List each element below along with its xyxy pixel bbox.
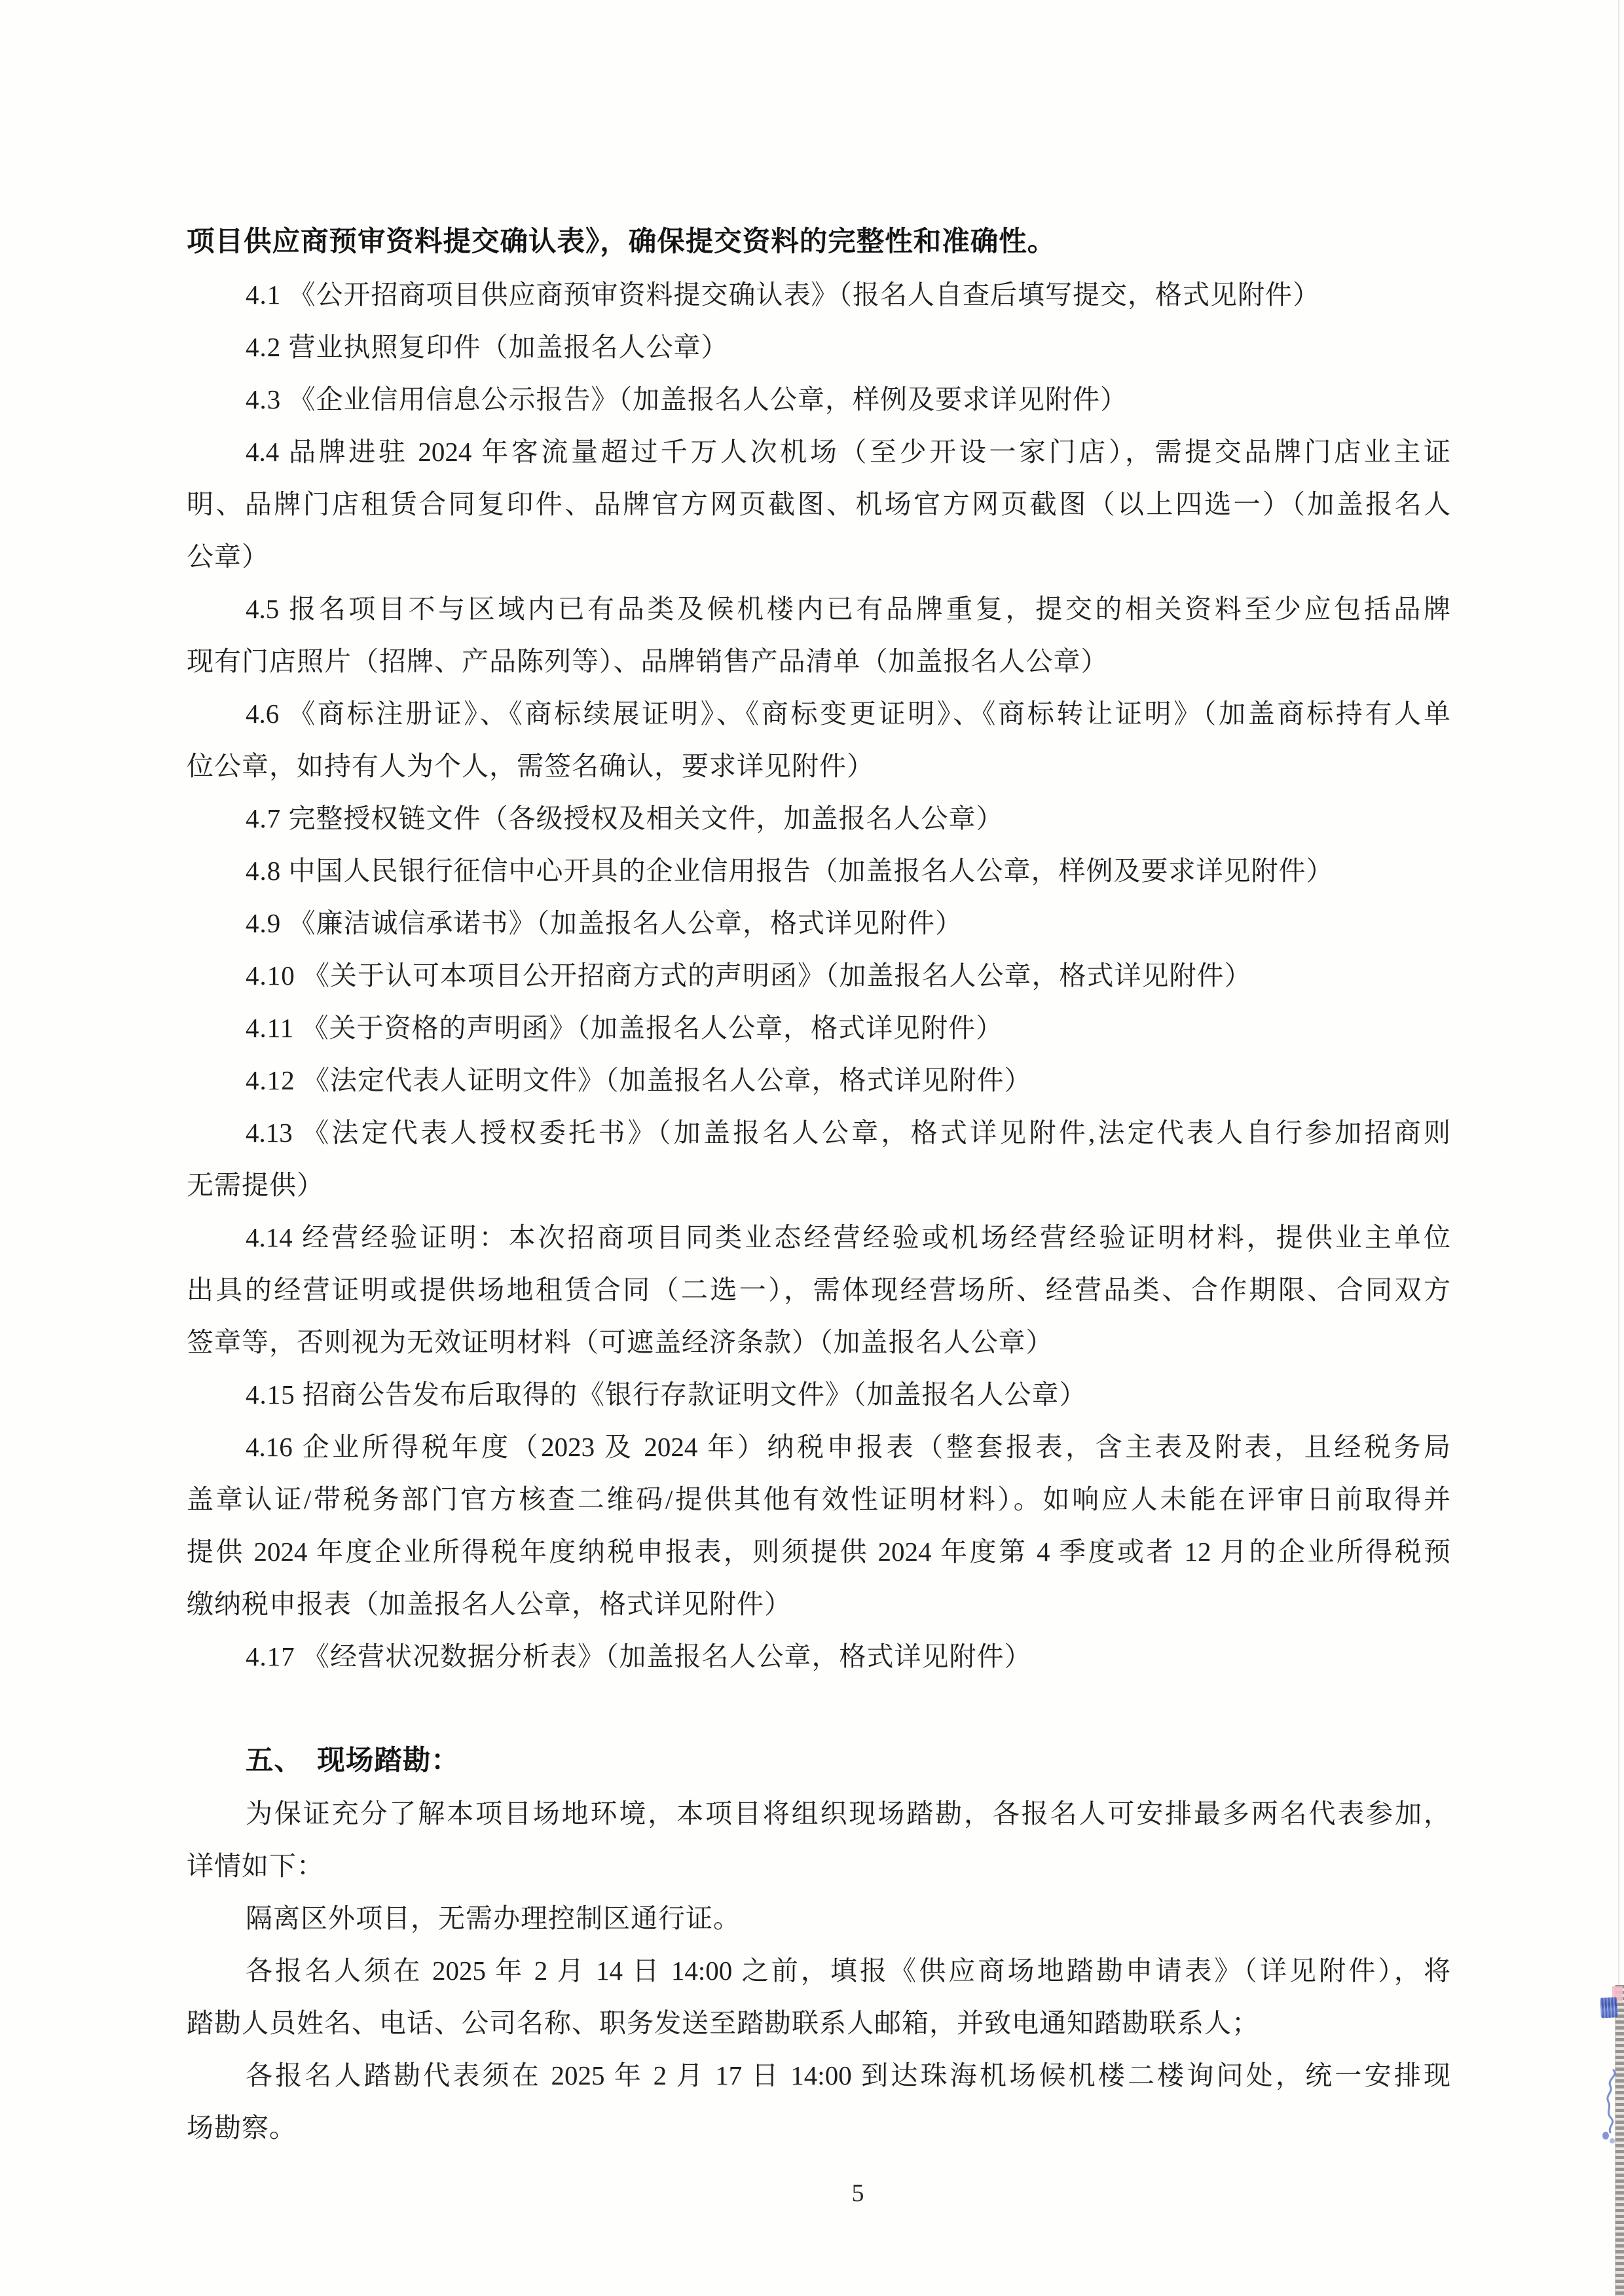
doc-line: 场勘察。: [187, 2102, 1450, 2154]
doc-line-4-14: 4.14 经营经验证明：本次招商项目同类业态经营经验或机场经营经验证明材料，提供…: [187, 1211, 1450, 1264]
doc-line: 隔离区外项目，无需办理控制区通行证。: [187, 1892, 1450, 1944]
page-number: 5: [187, 2167, 1529, 2219]
doc-line: 明、品牌门店租赁合同复印件、品牌官方网页截图、机场官方网页截图（以上四选一）（加…: [187, 478, 1450, 530]
doc-line: 出具的经营证明或提供场地租赁合同（二选一），需体现经营场所、经营品类、合作期限、…: [187, 1264, 1450, 1316]
doc-line-4-10: 4.10 《关于认可本项目公开招商方式的声明函》（加盖报名人公章，格式详见附件）: [187, 949, 1450, 1002]
doc-line: 位公章，如持有人为个人，需签名确认，要求详见附件）: [187, 740, 1450, 792]
page-edge-line: [1618, 0, 1619, 2296]
doc-line: 缴纳税申报表（加盖报名人公章，格式详见附件）: [187, 1578, 1450, 1630]
paragraph-gap: [187, 1683, 1450, 1735]
doc-line-4-5: 4.5 报名项目不与区域内已有品类及候机楼内已有品牌重复，提交的相关资料至少应包…: [187, 583, 1450, 635]
doc-line-4-2: 4.2 营业执照复印件（加盖报名人公章）: [187, 321, 1450, 373]
doc-line-4-13: 4.13 《法定代表人授权委托书》（加盖报名人公章，格式详见附件,法定代表人自行…: [187, 1106, 1450, 1159]
blue-stamp-artifact: [1600, 1997, 1618, 2018]
doc-line: 为保证充分了解本项目场地环境，本项目将组织现场踏勘，各报名人可安排最多两名代表参…: [187, 1787, 1450, 1840]
doc-line: 各报名人踏勘代表须在 2025 年 2 月 17 日 14:00 到达珠海机场候…: [187, 2049, 1450, 2102]
doc-line: 签章等，否则视为无效证明材料（可遮盖经济条款）（加盖报名人公章）: [187, 1316, 1450, 1368]
doc-line-4-12: 4.12 《法定代表人证明文件》（加盖报名人公章，格式详见附件）: [187, 1054, 1450, 1106]
doc-line-4-15: 4.15 招商公告发布后取得的《银行存款证明文件》（加盖报名人公章）: [187, 1368, 1450, 1421]
doc-line: 无需提供）: [187, 1159, 1450, 1211]
doc-line: 踏勘人员姓名、电话、公司名称、职务发送至踏勘联系人邮箱，并致电通知踏勘联系人；: [187, 1997, 1450, 2049]
doc-line: 现有门店照片（招牌、产品陈列等）、品牌销售产品清单（加盖报名人公章）: [187, 635, 1450, 687]
doc-line: 提供 2024 年度企业所得税年度纳税申报表，则须提供 2024 年度第 4 季…: [187, 1525, 1450, 1578]
doc-line: 盖章认证/带税务部门官方核查二维码/提供其他有效性证明材料）。如响应人未能在评审…: [187, 1473, 1450, 1525]
blue-handwriting-artifact: [1599, 2068, 1623, 2149]
doc-line-4-3: 4.3 《企业信用信息公示报告》（加盖报名人公章，样例及要求详见附件）: [187, 373, 1450, 426]
doc-line-4-4: 4.4 品牌进驻 2024 年客流量超过千万人次机场（至少开设一家门店），需提交…: [187, 426, 1450, 478]
doc-line-4-17: 4.17 《经营状况数据分析表》（加盖报名人公章，格式详见附件）: [187, 1630, 1450, 1683]
doc-line-4-9: 4.9 《廉洁诚信承诺书》（加盖报名人公章，格式详见附件）: [187, 897, 1450, 949]
doc-line-4-16: 4.16 企业所得税年度（2023 及 2024 年）纳税申报表（整套报表，含主…: [187, 1421, 1450, 1473]
section-heading-site-survey: 五、 现场踏勘：: [187, 1735, 1450, 1787]
doc-line-4-11: 4.11 《关于资格的声明函》（加盖报名人公章，格式详见附件）: [187, 1002, 1450, 1054]
intro-line: 项目供应商预审资料提交确认表》，确保提交资料的完整性和准确性。: [187, 216, 1450, 268]
doc-line-4-6: 4.6 《商标注册证》、《商标续展证明》、《商标变更证明》、《商标转让证明》（加…: [187, 687, 1450, 740]
doc-line: 详情如下：: [187, 1840, 1450, 1892]
doc-line-4-7: 4.7 完整授权链文件（各级授权及相关文件，加盖报名人公章）: [187, 792, 1450, 845]
document-page: 项目供应商预审资料提交确认表》，确保提交资料的完整性和准确性。 4.1 《公开招…: [0, 0, 1624, 2296]
document-body: 项目供应商预审资料提交确认表》，确保提交资料的完整性和准确性。 4.1 《公开招…: [187, 216, 1450, 2154]
doc-line: 公章）: [187, 530, 1450, 583]
doc-line: 各报名人须在 2025 年 2 月 14 日 14:00 之前，填报《供应商场地…: [187, 1944, 1450, 1997]
doc-line-4-1: 4.1 《公开招商项目供应商预审资料提交确认表》（报名人自查后填写提交，格式见附…: [187, 268, 1450, 321]
doc-line-4-8: 4.8 中国人民银行征信中心开具的企业信用报告（加盖报名人公章，样例及要求详见附…: [187, 845, 1450, 897]
